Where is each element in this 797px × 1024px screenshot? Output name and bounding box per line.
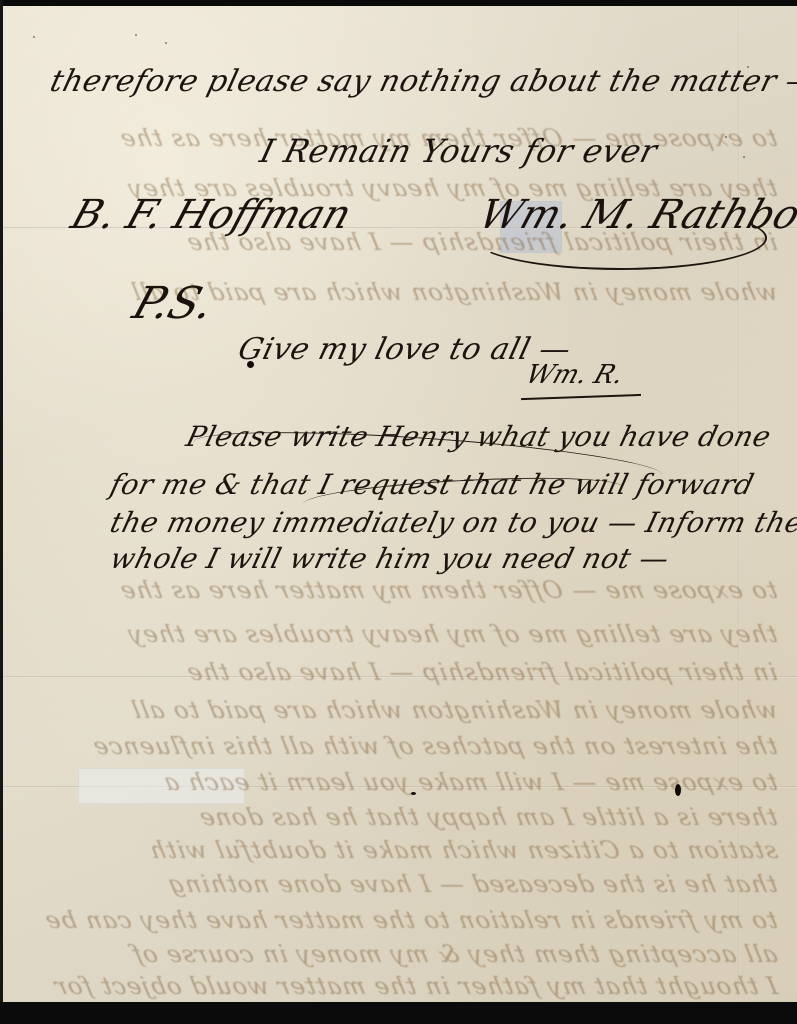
bleed-line: station to a Citizen which make it doubt… xyxy=(14,836,780,864)
paper-speck xyxy=(743,156,745,158)
addressee-name: B. F. Hoffman xyxy=(66,192,358,238)
scan-border-bottom xyxy=(0,1002,797,1024)
bleed-line: in their political friendship — I have a… xyxy=(14,658,780,686)
bleed-line: to expose me — Offer them my matter here… xyxy=(14,576,780,604)
paper-speck xyxy=(135,34,137,36)
bleed-line: they are telling me of my heavy troubles… xyxy=(14,620,780,648)
ps-initials: Wm. R. xyxy=(522,360,627,390)
paper-speck xyxy=(165,42,167,44)
closing-line: therefore please say nothing about the m… xyxy=(47,64,797,99)
paper-speck xyxy=(473,526,475,528)
bleed-line: that he is the deceased — I have done no… xyxy=(14,870,780,898)
bleed-line: there is a little I am happy that he has… xyxy=(14,803,780,831)
bleed-line: all accepting them they & my money in co… xyxy=(14,940,780,968)
letter-page: to expose me — Offer them my matter here… xyxy=(3,6,797,1002)
ink-blot xyxy=(247,361,254,368)
ink-blot xyxy=(411,792,416,795)
paper-speck xyxy=(725,136,727,138)
ink-blot xyxy=(675,784,681,796)
ps-love-line: Give my love to all — xyxy=(235,332,575,367)
paper-speck xyxy=(33,36,35,38)
paper-speck xyxy=(747,66,749,68)
bleed-line: whole money in Washington which are paid… xyxy=(14,696,780,724)
bleed-line: to expose me — I will make you learn it … xyxy=(14,768,780,796)
signature-flourish xyxy=(473,206,767,270)
bleed-line: to my friends in relation to the matter … xyxy=(14,906,780,934)
bleed-line: I thought that my father in the matter w… xyxy=(14,972,780,1000)
ps-body-line: whole I will write him you need not — xyxy=(107,542,673,575)
bleed-line: the interest on the patches of with all … xyxy=(14,732,780,760)
valediction: I Remain Yours for ever xyxy=(256,132,661,170)
bleed-line: whole money in Washington which are paid… xyxy=(14,278,780,306)
